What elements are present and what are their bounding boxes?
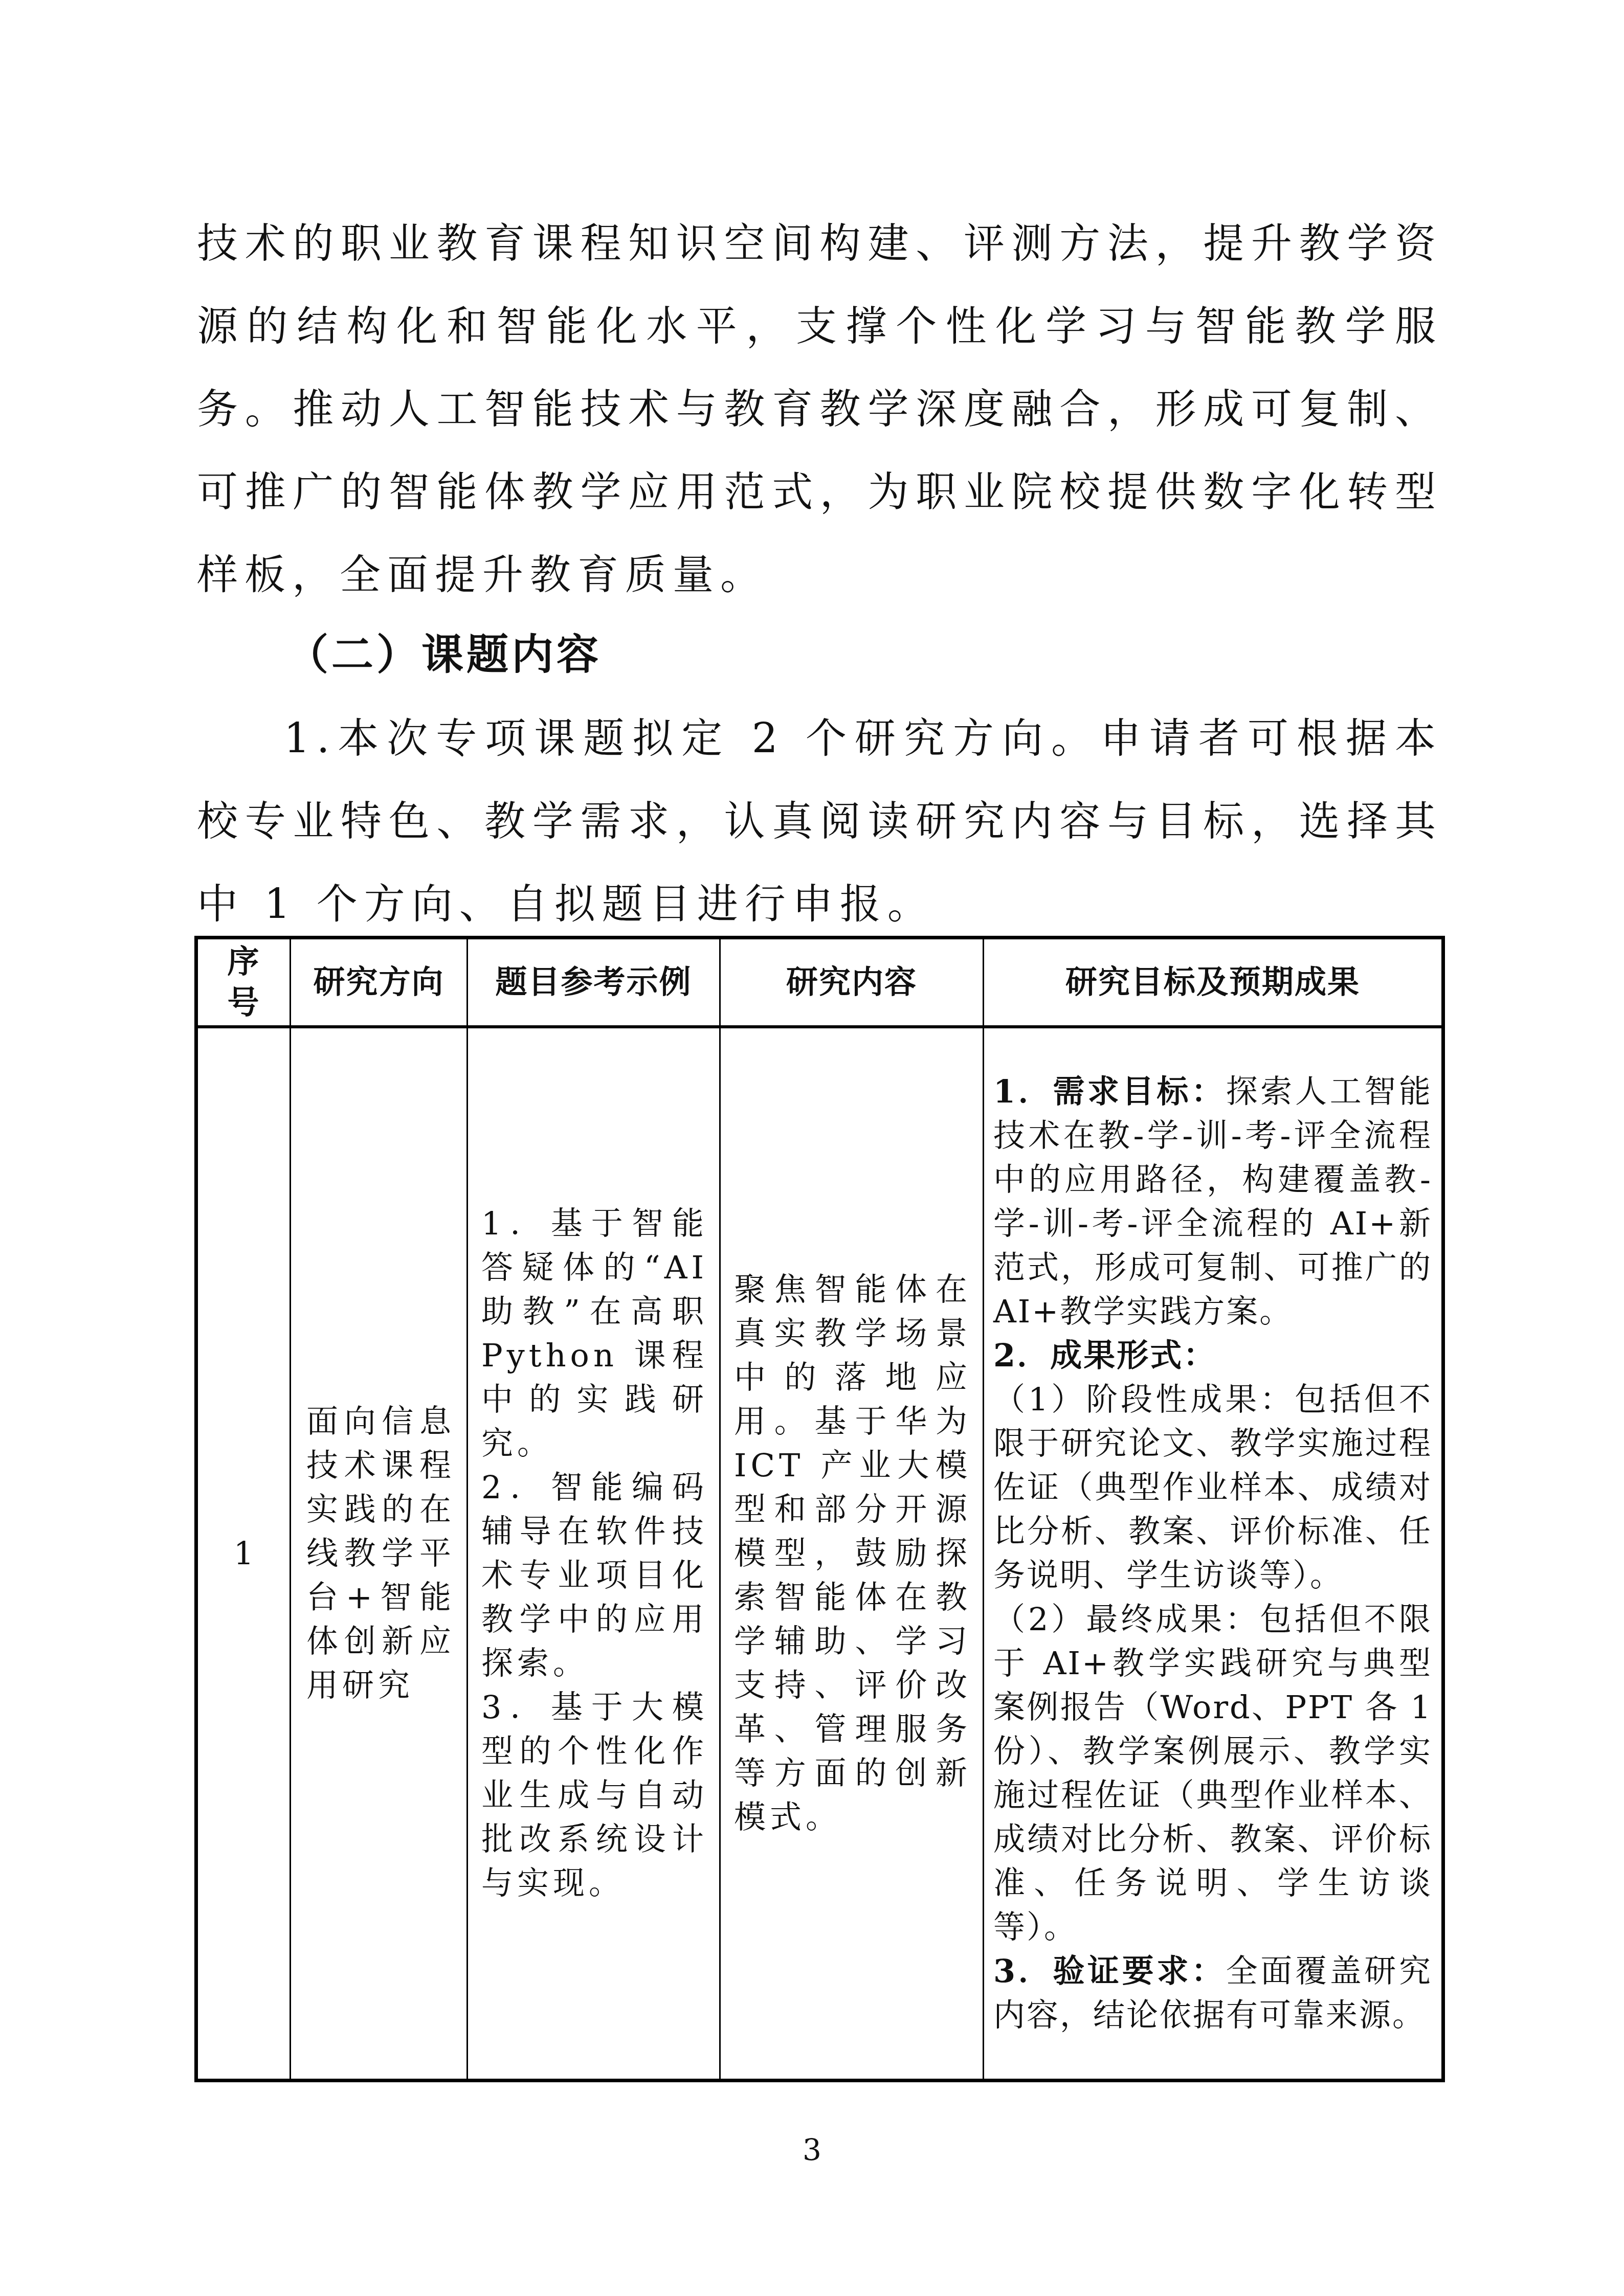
table-header-row: 序号 研究方向 题目参考示例 研究内容 研究目标及预期成果 [196, 938, 1443, 1027]
header-goals: 研究目标及预期成果 [984, 938, 1443, 1027]
header-index: 序号 [196, 938, 291, 1027]
header-content: 研究内容 [720, 938, 984, 1027]
page-number: 3 [0, 2132, 1624, 2167]
example-item: 3．基于大模型的个性化作业生成与自动批改系统设计与实现。 [481, 1685, 708, 1905]
outcome-form: 2．成果形式： [993, 1334, 1432, 1378]
demand-label: 1．需求目标： [993, 1073, 1226, 1110]
row-index: 1 [196, 1027, 291, 2080]
verify-requirement: 3．验证要求：全面覆盖研究内容，结论依据有可靠来源。 [993, 1949, 1432, 2037]
row-examples: 1．基于智能答疑体的“AI 助教”在高职 Python 课程中的实践研究。 2．… [468, 1027, 720, 2080]
row-goals: 1．需求目标：探索人工智能技术在教-学-训-考-评全流程中的应用路径，构建覆盖教… [984, 1027, 1443, 2080]
outcome-label: 2．成果形式： [993, 1337, 1216, 1374]
research-directions-table: 序号 研究方向 题目参考示例 研究内容 研究目标及预期成果 1 面向信息技术课程… [194, 936, 1445, 2082]
demand-text: 探索人工智能技术在教-学-训-考-评全流程中的应用路径，构建覆盖教-学-训-考-… [993, 1073, 1432, 1330]
row-direction: 面向信息技术课程实践的在线教学平台+智能体创新应用研究 [291, 1027, 468, 2080]
final-outcome: （2）最终成果：包括但不限于 AI+教学实践研究与典型案例报告（Word、PPT… [993, 1597, 1432, 1949]
row-content: 聚焦智能体在真实教学场景中的落地应用。基于华为 ICT 产业大模型和部分开源模型… [720, 1027, 984, 2080]
header-direction: 研究方向 [291, 938, 468, 1027]
table-row: 1 面向信息技术课程实践的在线教学平台+智能体创新应用研究 1．基于智能答疑体的… [196, 1027, 1443, 2080]
intro-paragraph: 技术的职业教育课程知识空间构建、评测方法，提升教学资源的结构化和智能化水平，支撑… [197, 202, 1442, 616]
example-item: 2．智能编码辅导在软件技术专业项目化教学中的应用探索。 [481, 1466, 708, 1685]
section-heading: （二）课题内容 [286, 624, 602, 685]
instruction-paragraph: 1.本次专项课题拟定 2 个研究方向。申请者可根据本校专业特色、教学需求，认真阅… [197, 697, 1442, 946]
stage-outcome: （1）阶段性成果：包括但不限于研究论文、教学实施过程佐证（典型作业样本、成绩对比… [993, 1378, 1432, 1597]
demand-goal: 1．需求目标：探索人工智能技术在教-学-训-考-评全流程中的应用路径，构建覆盖教… [993, 1070, 1432, 1334]
header-examples: 题目参考示例 [468, 938, 720, 1027]
verify-label: 3．验证要求： [993, 1952, 1226, 1990]
example-item: 1．基于智能答疑体的“AI 助教”在高职 Python 课程中的实践研究。 [481, 1202, 708, 1466]
